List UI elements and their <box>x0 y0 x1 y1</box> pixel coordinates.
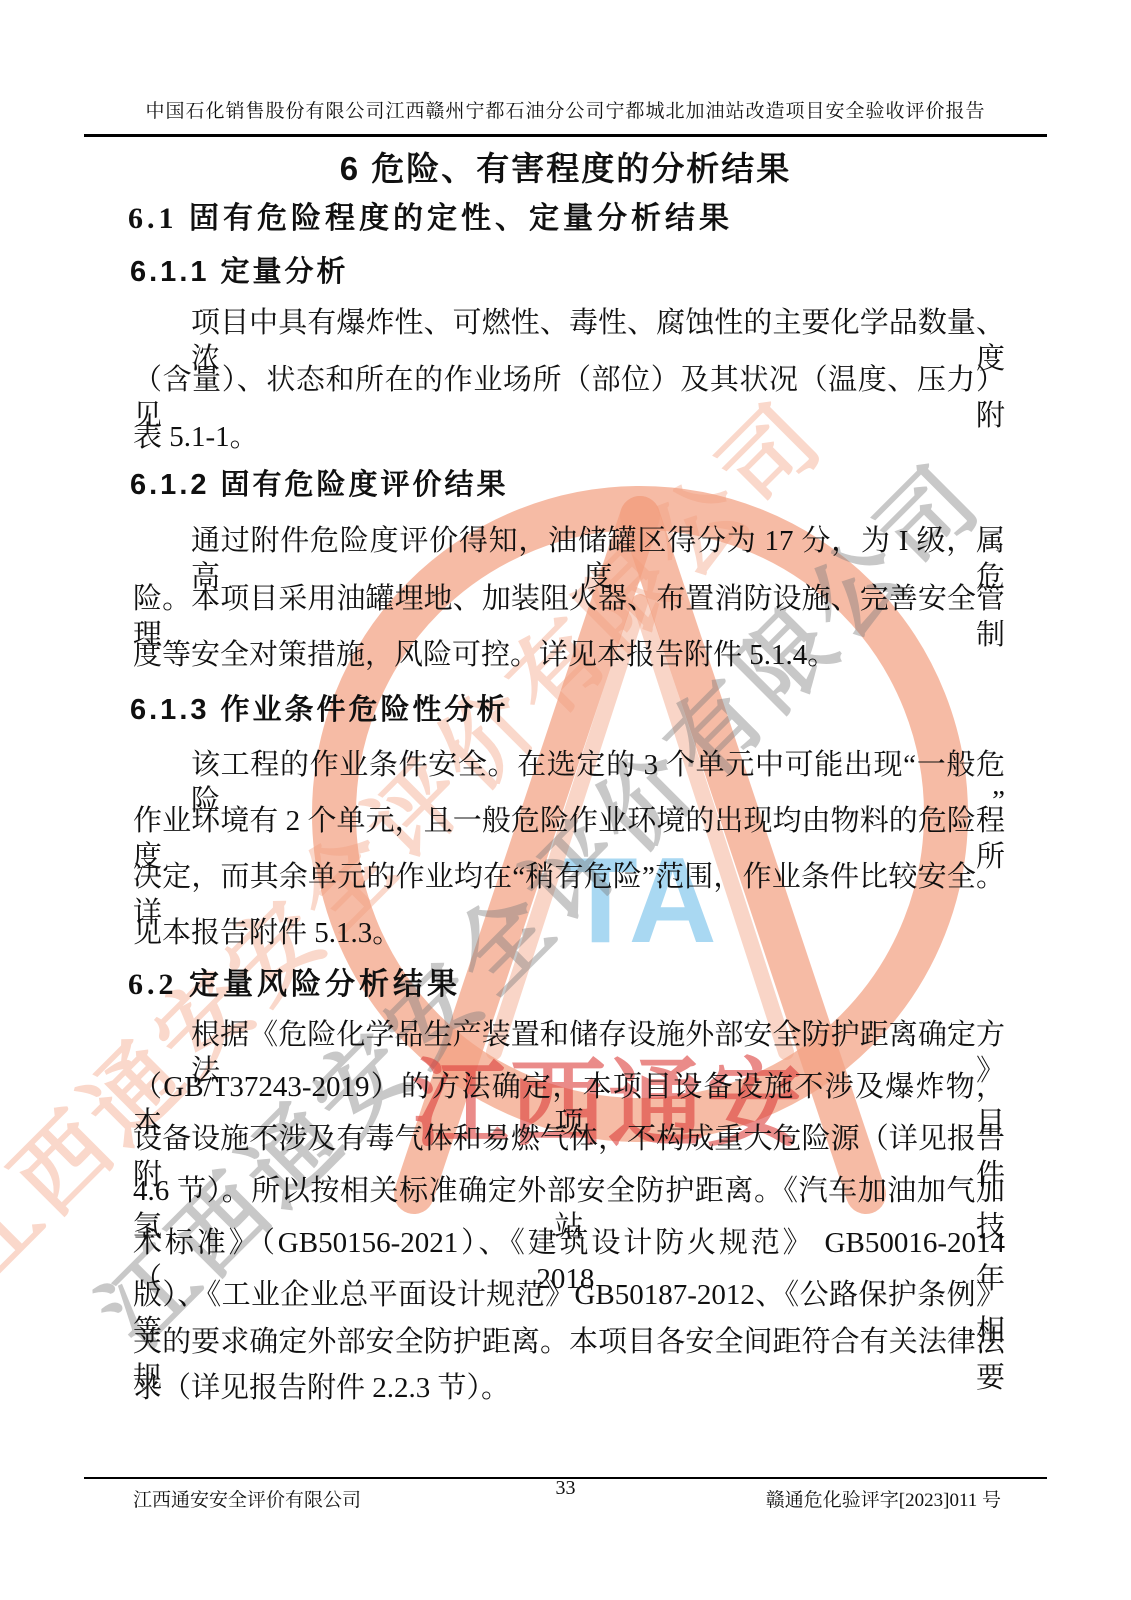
section-heading-6-1: 6.1 固有危险程度的定性、定量分析结果 <box>128 201 733 237</box>
section-heading-6-1-3: 6.1.3 作业条件危险性分析 <box>130 692 509 728</box>
body-line: 度等安全对策措施，风险可控。详见本报告附件 5.1.4。 <box>133 637 1005 673</box>
chapter-title: 6 危险、有害程度的分析结果 <box>0 143 1131 190</box>
body-line: 见本报告附件 5.1.3。 <box>133 915 1005 951</box>
section-heading-6-2: 6.2 定量风险分析结果 <box>128 967 461 1003</box>
section-heading-6-1-1: 6.1.1 定量分析 <box>130 254 349 290</box>
body-line: 表 5.1-1。 <box>133 419 1005 455</box>
page-header: 中国石化销售股份有限公司江西赣州宁都石油分公司宁都城北加油站改造项目安全验收评价… <box>0 96 1131 123</box>
section-heading-6-1-2: 6.1.2 固有危险度评价结果 <box>130 467 509 503</box>
document-content: 中国石化销售股份有限公司江西赣州宁都石油分公司宁都城北加油站改造项目安全验收评价… <box>0 0 1131 1600</box>
document-page: TA 江西通安安全评价有限公司 江西通安安全评价有限公司 江西通安 中国石化销售… <box>0 0 1131 1600</box>
footer-company: 江西通安安全评价有限公司 <box>133 1485 361 1512</box>
footer-doc-number: 赣通危化验评字[2023]011 号 <box>766 1485 1001 1512</box>
header-rule <box>84 134 1047 137</box>
body-line: 求（详见报告附件 2.2.3 节）。 <box>133 1370 1005 1406</box>
